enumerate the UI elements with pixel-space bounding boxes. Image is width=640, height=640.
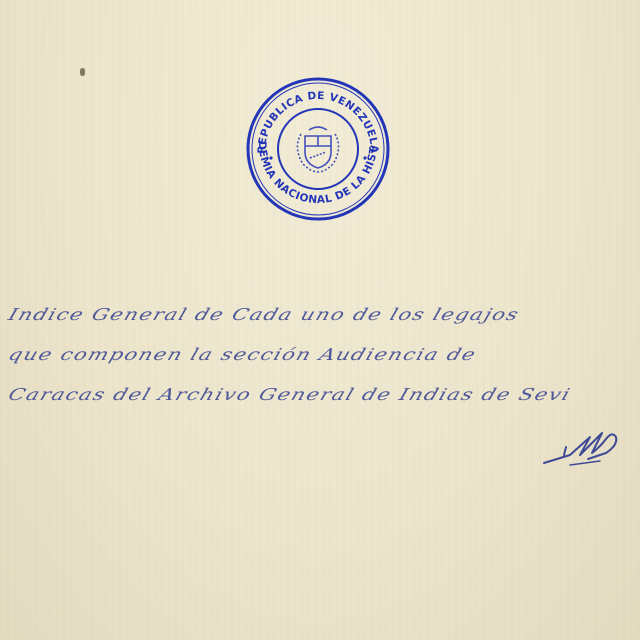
- signature-mark-icon: [540, 425, 630, 470]
- coat-of-arms-icon: [297, 127, 338, 172]
- academy-stamp: REPUBLICA DE VENEZUELA ACADEMIA NACIONAL…: [243, 74, 393, 224]
- handwritten-line-2: que componen la sección Audiencia de: [6, 345, 479, 364]
- paper-blemish: [80, 68, 85, 76]
- stamp-seal-icon: REPUBLICA DE VENEZUELA ACADEMIA NACIONAL…: [243, 74, 393, 224]
- handwritten-line-3: Caracas del Archivo General de Indias de…: [6, 385, 574, 404]
- handwritten-line-1: Indice General de Cada uno de los legajo…: [6, 305, 522, 324]
- signature: [540, 425, 630, 470]
